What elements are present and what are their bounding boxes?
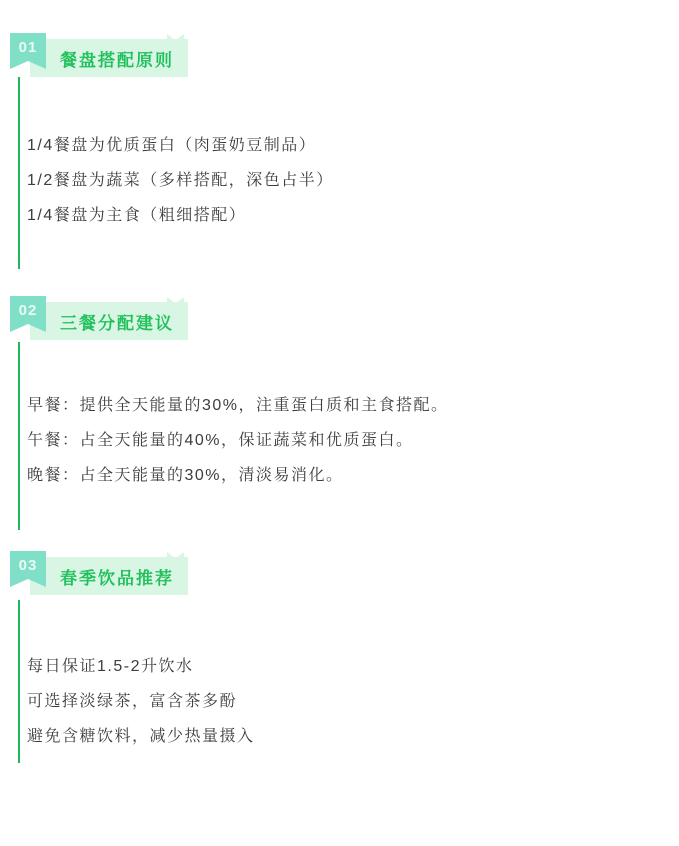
section-divider-line <box>18 600 20 763</box>
section-number-ribbon: 01 <box>10 33 46 69</box>
section-meal-distribution: 三餐分配建议 02 早餐：提供全天能量的30%，注重蛋白质和主食搭配。 午餐：占… <box>0 296 679 551</box>
section-body: 早餐：提供全天能量的30%，注重蛋白质和主食搭配。 午餐：占全天能量的40%，保… <box>27 388 659 493</box>
section-title-banner: 春季饮品推荐 <box>30 557 188 595</box>
nutrition-tips-document: 餐盘搭配原则 01 1/4餐盘为优质蛋白（肉蛋奶豆制品） 1/2餐盘为蔬菜（多样… <box>0 0 679 846</box>
tip-line: 1/2餐盘为蔬菜（多样搭配，深色占半） <box>27 163 659 198</box>
tip-line: 1/4餐盘为优质蛋白（肉蛋奶豆制品） <box>27 128 659 163</box>
section-plate-principles: 餐盘搭配原则 01 1/4餐盘为优质蛋白（肉蛋奶豆制品） 1/2餐盘为蔬菜（多样… <box>0 33 679 296</box>
tip-line: 每日保证1.5-2升饮水 <box>27 649 659 684</box>
tip-line: 1/4餐盘为主食（粗细搭配） <box>27 198 659 233</box>
section-divider-line <box>18 77 20 269</box>
tip-line: 早餐：提供全天能量的30%，注重蛋白质和主食搭配。 <box>27 388 659 423</box>
section-number: 01 <box>10 33 46 61</box>
tip-line: 避免含糖饮料，减少热量摄入 <box>27 719 659 754</box>
section-divider-line <box>18 342 20 530</box>
section-title: 春季饮品推荐 <box>46 557 188 595</box>
section-number-ribbon: 03 <box>10 551 46 587</box>
section-title-banner: 三餐分配建议 <box>30 302 188 340</box>
section-number-ribbon: 02 <box>10 296 46 332</box>
tip-line: 可选择淡绿茶，富含茶多酚 <box>27 684 659 719</box>
section-title-banner: 餐盘搭配原则 <box>30 39 188 77</box>
tip-line: 午餐：占全天能量的40%，保证蔬菜和优质蛋白。 <box>27 423 659 458</box>
section-body: 每日保证1.5-2升饮水 可选择淡绿茶，富含茶多酚 避免含糖饮料，减少热量摄入 <box>27 649 659 754</box>
section-title: 餐盘搭配原则 <box>46 39 188 77</box>
tip-line: 晚餐：占全天能量的30%，清淡易消化。 <box>27 458 659 493</box>
section-number: 03 <box>10 551 46 579</box>
section-spring-drinks: 春季饮品推荐 03 每日保证1.5-2升饮水 可选择淡绿茶，富含茶多酚 避免含糖… <box>0 551 679 781</box>
section-number: 02 <box>10 296 46 324</box>
section-title: 三餐分配建议 <box>46 302 188 340</box>
section-body: 1/4餐盘为优质蛋白（肉蛋奶豆制品） 1/2餐盘为蔬菜（多样搭配，深色占半） 1… <box>27 128 659 233</box>
